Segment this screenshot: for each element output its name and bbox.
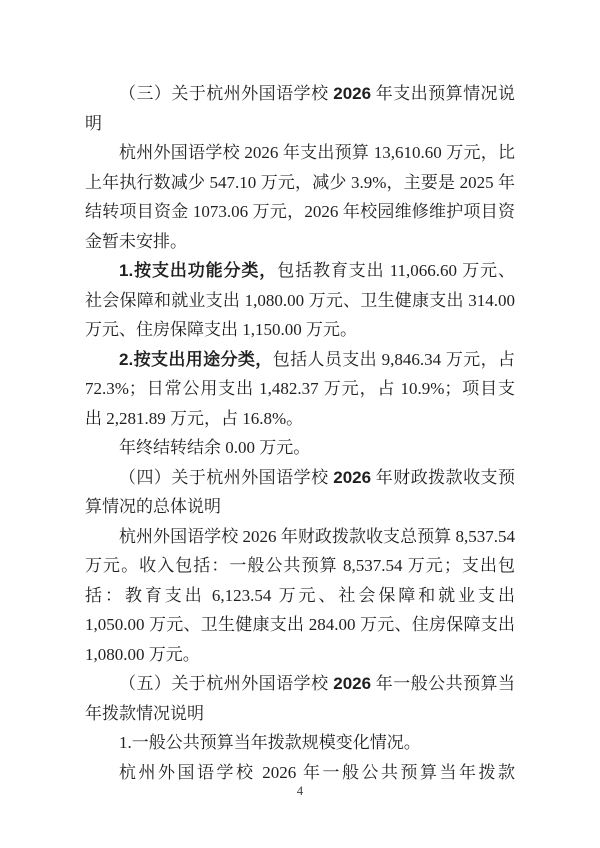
section-4-heading-year: 2026	[333, 468, 371, 487]
document-body: （三）关于杭州外国语学校 2026 年支出预算情况说明 杭州外国语学校 2026…	[85, 79, 515, 787]
section-5-heading: （五）关于杭州外国语学校 2026 年一般公共预算当年拨款情况说明	[85, 669, 515, 728]
section-5-heading-pre: （五）关于杭州外国语学校	[119, 674, 333, 693]
section-3-heading-year: 2026	[333, 84, 371, 103]
section-5-subheading-1: 1.一般公共预算当年拨款规模变化情况。	[85, 728, 515, 758]
section-3-item-2-label: 2.按支出用途分类，	[119, 350, 273, 369]
section-3-item-1: 1.按支出功能分类，包括教育支出 11,066.60 万元、社会保障和就业支出 …	[85, 256, 515, 345]
section-3-heading: （三）关于杭州外国语学校 2026 年支出预算情况说明	[85, 79, 515, 138]
section-4-heading-pre: （四）关于杭州外国语学校	[119, 468, 333, 487]
section-3-item-1-label: 1.按支出功能分类，	[119, 261, 277, 280]
section-4-summary-paragraph: 杭州外国语学校 2026 年财政拨款收支总预算 8,537.54 万元。收入包括…	[85, 522, 515, 670]
section-3-item-2: 2.按支出用途分类，包括人员支出 9,846.34 万元，占 72.3%；日常公…	[85, 345, 515, 434]
section-5-heading-year: 2026	[333, 674, 371, 693]
section-5-paragraph-continued: 杭州外国语学校 2026 年一般公共预算当年拨款	[85, 758, 515, 788]
section-3-heading-pre: （三）关于杭州外国语学校	[119, 84, 333, 103]
section-3-carryover-paragraph: 年终结转结余 0.00 万元。	[85, 433, 515, 463]
document-page: （三）关于杭州外国语学校 2026 年支出预算情况说明 杭州外国语学校 2026…	[0, 0, 600, 848]
section-3-summary-paragraph: 杭州外国语学校 2026 年支出预算 13,610.60 万元，比上年执行数减少…	[85, 138, 515, 256]
section-4-heading: （四）关于杭州外国语学校 2026 年财政拨款收支预算情况的总体说明	[85, 463, 515, 522]
page-number: 4	[0, 784, 600, 799]
